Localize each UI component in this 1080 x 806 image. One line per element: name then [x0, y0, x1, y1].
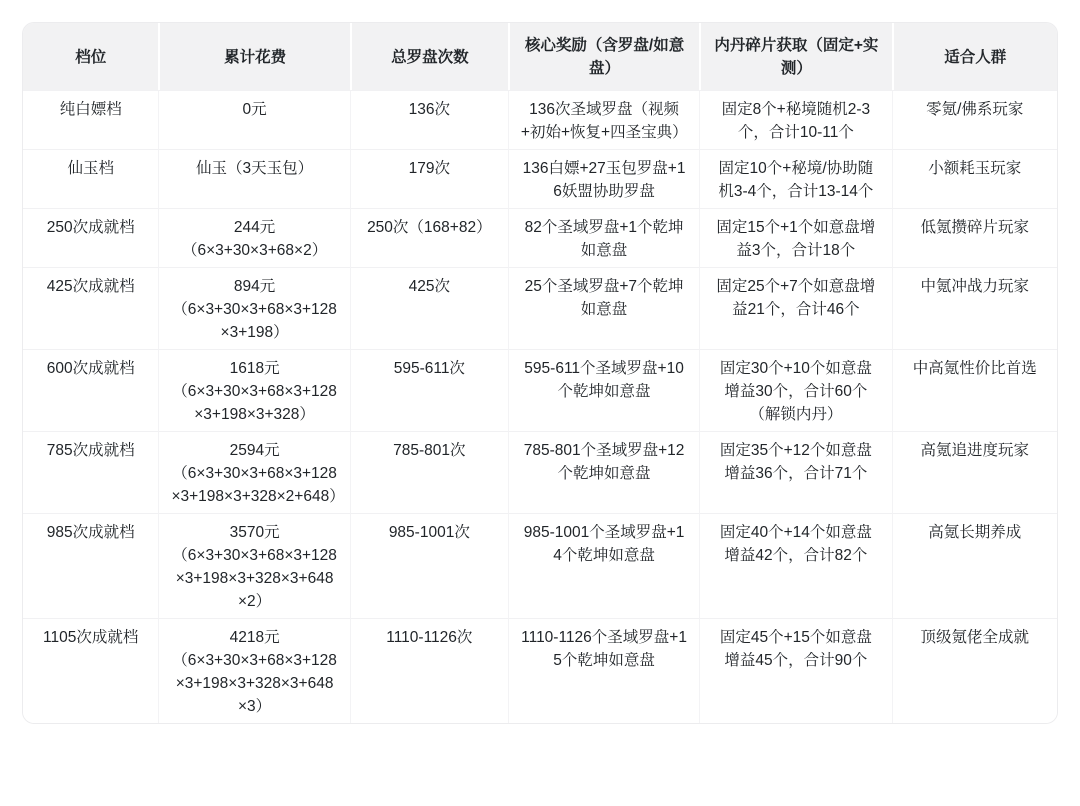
table-cell: 纯白嫖档: [23, 90, 158, 149]
table-cell: 固定15个+1个如意盘增益3个，合计18个: [699, 208, 891, 267]
table-cell: 785-801次: [350, 431, 508, 513]
table-cell: 仙玉（3天玉包）: [158, 149, 349, 208]
table-cell: 仙玉档: [23, 149, 158, 208]
table-row: 仙玉档仙玉（3天玉包）179次136白嫖+27玉包罗盘+16妖盟协助罗盘固定10…: [23, 149, 1057, 208]
table-row: 425次成就档894元 （6×3+30×3+68×3+128×3+198）425…: [23, 267, 1057, 349]
column-header-2: 累计花费: [158, 23, 349, 90]
table-cell: 3570元 （6×3+30×3+68×3+128×3+198×3+328×3+6…: [158, 513, 349, 618]
pricing-tier-table: 档位累计花费总罗盘次数核心奖励（含罗盘/如意盘）内丹碎片获取（固定+实测）适合人…: [23, 23, 1057, 723]
column-header-6: 适合人群: [892, 23, 1057, 90]
table-cell: 2594元 （6×3+30×3+68×3+128×3+198×3+328×2+6…: [158, 431, 349, 513]
table-cell: 894元 （6×3+30×3+68×3+128×3+198）: [158, 267, 349, 349]
column-header-5: 内丹碎片获取（固定+实测）: [699, 23, 891, 90]
table-cell: 136次: [350, 90, 508, 149]
table-row: 250次成就档244元 （6×3+30×3+68×2）250次（168+82）8…: [23, 208, 1057, 267]
table-cell: 高氪长期养成: [892, 513, 1057, 618]
table-cell: 固定45个+15个如意盘增益45个，合计90个: [699, 618, 891, 723]
table-cell: 零氪/佛系玩家: [892, 90, 1057, 149]
table-row: 785次成就档2594元 （6×3+30×3+68×3+128×3+198×3+…: [23, 431, 1057, 513]
table-cell: 244元 （6×3+30×3+68×2）: [158, 208, 349, 267]
table-cell: 0元: [158, 90, 349, 149]
table-cell: 1618元 （6×3+30×3+68×3+128×3+198×3+328）: [158, 349, 349, 431]
table-row: 纯白嫖档0元136次136次圣域罗盘（视频+初始+恢复+四圣宝典）固定8个+秘境…: [23, 90, 1057, 149]
table-cell: 82个圣域罗盘+1个乾坤如意盘: [508, 208, 699, 267]
table-cell: 250次成就档: [23, 208, 158, 267]
table-body: 纯白嫖档0元136次136次圣域罗盘（视频+初始+恢复+四圣宝典）固定8个+秘境…: [23, 90, 1057, 723]
table-row: 985次成就档3570元 （6×3+30×3+68×3+128×3+198×3+…: [23, 513, 1057, 618]
table-cell: 低氪攒碎片玩家: [892, 208, 1057, 267]
table-cell: 250次（168+82）: [350, 208, 508, 267]
table-cell: 4218元 （6×3+30×3+68×3+128×3+198×3+328×3+6…: [158, 618, 349, 723]
table-cell: 1110-1126次: [350, 618, 508, 723]
table-cell: 179次: [350, 149, 508, 208]
header-row: 档位累计花费总罗盘次数核心奖励（含罗盘/如意盘）内丹碎片获取（固定+实测）适合人…: [23, 23, 1057, 90]
pricing-tier-table-container: 档位累计花费总罗盘次数核心奖励（含罗盘/如意盘）内丹碎片获取（固定+实测）适合人…: [22, 22, 1058, 724]
table-cell: 600次成就档: [23, 349, 158, 431]
table-cell: 中氪冲战力玩家: [892, 267, 1057, 349]
table-cell: 高氪追进度玩家: [892, 431, 1057, 513]
table-cell: 985-1001次: [350, 513, 508, 618]
table-cell: 固定8个+秘境随机2-3个，合计10-11个: [699, 90, 891, 149]
table-cell: 顶级氪佬全成就: [892, 618, 1057, 723]
table-cell: 595-611次: [350, 349, 508, 431]
table-cell: 785-801个圣域罗盘+12个乾坤如意盘: [508, 431, 699, 513]
table-cell: 425次成就档: [23, 267, 158, 349]
table-cell: 小额耗玉玩家: [892, 149, 1057, 208]
table-cell: 固定40个+14个如意盘增益42个，合计82个: [699, 513, 891, 618]
table-cell: 595-611个圣域罗盘+10个乾坤如意盘: [508, 349, 699, 431]
table-cell: 25个圣域罗盘+7个乾坤如意盘: [508, 267, 699, 349]
table-cell: 1105次成就档: [23, 618, 158, 723]
table-cell: 固定25个+7个如意盘增益21个，合计46个: [699, 267, 891, 349]
table-cell: 固定30个+10个如意盘增益30个，合计60个（解锁内丹）: [699, 349, 891, 431]
table-cell: 固定10个+秘境/协助随机3-4个，合计13-14个: [699, 149, 891, 208]
page-background: 档位累计花费总罗盘次数核心奖励（含罗盘/如意盘）内丹碎片获取（固定+实测）适合人…: [0, 0, 1080, 806]
table-header: 档位累计花费总罗盘次数核心奖励（含罗盘/如意盘）内丹碎片获取（固定+实测）适合人…: [23, 23, 1057, 90]
table-cell: 固定35个+12个如意盘增益36个，合计71个: [699, 431, 891, 513]
table-cell: 985-1001个圣域罗盘+14个乾坤如意盘: [508, 513, 699, 618]
table-cell: 1110-1126个圣域罗盘+15个乾坤如意盘: [508, 618, 699, 723]
column-header-4: 核心奖励（含罗盘/如意盘）: [508, 23, 699, 90]
column-header-3: 总罗盘次数: [350, 23, 508, 90]
table-row: 1105次成就档4218元 （6×3+30×3+68×3+128×3+198×3…: [23, 618, 1057, 723]
table-cell: 785次成就档: [23, 431, 158, 513]
table-cell: 985次成就档: [23, 513, 158, 618]
column-header-1: 档位: [23, 23, 158, 90]
table-cell: 136次圣域罗盘（视频+初始+恢复+四圣宝典）: [508, 90, 699, 149]
table-cell: 136白嫖+27玉包罗盘+16妖盟协助罗盘: [508, 149, 699, 208]
table-row: 600次成就档1618元 （6×3+30×3+68×3+128×3+198×3+…: [23, 349, 1057, 431]
table-cell: 中高氪性价比首选: [892, 349, 1057, 431]
table-cell: 425次: [350, 267, 508, 349]
